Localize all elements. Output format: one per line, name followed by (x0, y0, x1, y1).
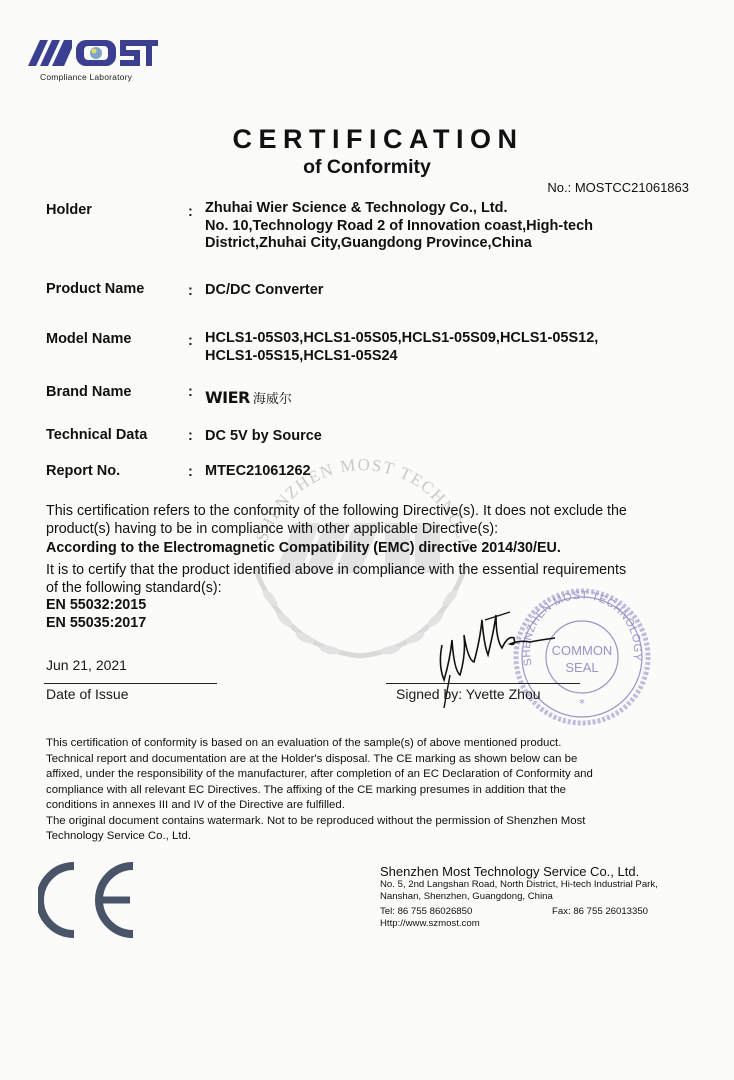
field-value: HCLS1-05S03,HCLS1-05S05,HCLS1-05S09,HCLS… (205, 330, 598, 365)
seal-star-icon: * (579, 697, 585, 710)
lab-website-link[interactable]: Http://www.szmost.com (380, 918, 480, 929)
holder-line: District,Zhuhai City,Guangdong Province,… (205, 235, 593, 253)
seal-seal-text: SEAL (565, 660, 598, 675)
model-line: HCLS1-05S03,HCLS1-05S05,HCLS1-05S09,HCLS… (205, 330, 598, 348)
logo-subtitle: Compliance Laboratory (40, 72, 132, 82)
signed-by-label: Signed by: Yvette Zhou (396, 686, 541, 702)
title-sub: of Conformity (0, 156, 734, 179)
paragraph-line: of the following standard(s): (46, 580, 696, 598)
seal-common-text: COMMON (552, 643, 613, 658)
field-value: DC/DC Converter (205, 282, 323, 300)
field-colon: : (188, 384, 193, 400)
fine-print: This certification of conformity is base… (46, 736, 675, 845)
lab-address: No. 5, 2nd Langshan Road, North District… (380, 879, 658, 902)
address-line: No. 5, 2nd Langshan Road, North District… (380, 879, 658, 891)
field-colon: : (188, 283, 193, 299)
field-colon: : (188, 428, 193, 444)
address-line: Nanshan, Shenzhen, Guangdong, China (380, 891, 658, 903)
most-logo-mark (28, 36, 158, 72)
paragraph-line: This certification refers to the conform… (46, 503, 696, 521)
field-value: Zhuhai Wier Science & Technology Co., Lt… (205, 200, 593, 253)
fine-print-line: The original document contains watermark… (46, 814, 675, 830)
fine-print-line: This certification of conformity is base… (46, 736, 675, 752)
certify-paragraph: It is to certify that the product identi… (46, 562, 696, 597)
lab-fax: Fax: 86 755 26013350 (552, 906, 648, 917)
model-line: HCLS1-05S15,HCLS1-05S24 (205, 348, 598, 366)
signature-underline (386, 683, 580, 684)
standards-list: EN 55032:2015 EN 55035:2017 (46, 597, 696, 632)
paragraph-line: It is to certify that the product identi… (46, 562, 696, 580)
field-label: Technical Data (46, 427, 147, 443)
holder-line: No. 10,Technology Road 2 of Innovation c… (205, 218, 593, 236)
fine-print-line: Technology Service Co., Ltd. (46, 829, 675, 845)
directive-statement: According to the Electromagnetic Compati… (46, 540, 696, 558)
brand-logo: WIER海威尔 (205, 389, 292, 409)
field-label: Brand Name (46, 384, 131, 400)
fine-print-line: compliance with all relevant EC Directiv… (46, 783, 675, 799)
field-colon: : (188, 204, 193, 220)
most-logo: Compliance Laboratory (28, 36, 158, 84)
field-colon: : (188, 464, 193, 480)
field-value: DC 5V by Source (205, 428, 322, 446)
conformity-paragraph: This certification refers to the conform… (46, 503, 696, 538)
date-underline (44, 683, 217, 684)
wier-logo-text: WIER (205, 388, 250, 407)
field-label: Model Name (46, 331, 131, 347)
paragraph-line: product(s) having to be in compliance wi… (46, 521, 696, 539)
lab-telephone: Tel: 86 755 86026850 (380, 906, 472, 917)
wier-chinese-name: 海威尔 (253, 391, 292, 406)
fine-print-line: Technical report and documentation are a… (46, 752, 675, 768)
field-colon: : (188, 333, 193, 349)
standard-item: EN 55035:2017 (46, 615, 696, 633)
lab-name: Shenzhen Most Technology Service Co., Lt… (380, 864, 639, 879)
fine-print-line: conditions in annexes III and IV of the … (46, 798, 675, 814)
certificate-title: CERTIFICATION of Conformity (0, 124, 734, 179)
field-label: Report No. (46, 463, 120, 479)
fine-print-line: affixed, under the responsibility of the… (46, 767, 675, 783)
title-main: CERTIFICATION (0, 124, 734, 155)
issue-date: Jun 21, 2021 (46, 657, 127, 673)
field-value: MTEC21061262 (205, 463, 311, 481)
ce-mark-icon (38, 862, 138, 938)
certificate-number: No.: MOSTCC21061863 (547, 180, 689, 195)
field-label: Holder (46, 202, 92, 218)
holder-line: Zhuhai Wier Science & Technology Co., Lt… (205, 200, 593, 218)
date-of-issue-label: Date of Issue (46, 686, 129, 702)
standard-item: EN 55032:2015 (46, 597, 696, 615)
field-label: Product Name (46, 281, 144, 297)
